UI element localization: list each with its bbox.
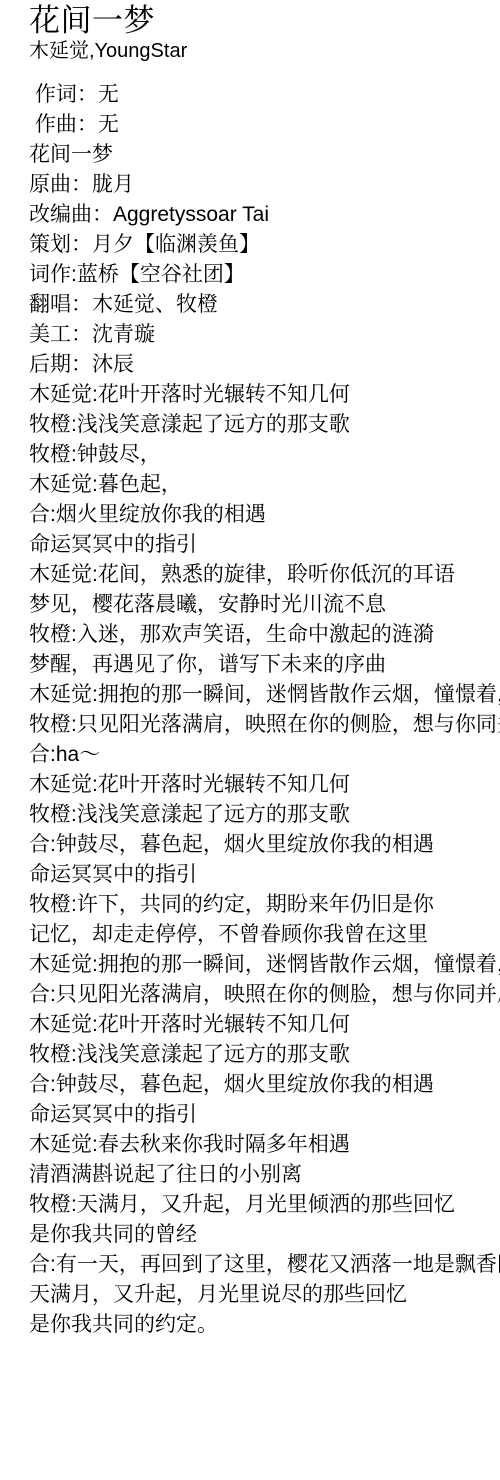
lyric-line: 木延觉:暮色起， — [29, 470, 500, 500]
lyric-line: 木延觉:春去秋来你我时隔多年相遇 — [29, 1130, 500, 1160]
lyric-line: 牧橙:许下，共同的约定，期盼来年仍旧是你 — [29, 890, 500, 920]
lyric-line: 合:有一天，再回到了这里，樱花又洒落一地是飘香四溢 — [29, 1250, 500, 1280]
lyric-line: 木延觉:拥抱的那一瞬间，迷惘皆散作云烟，憧憬着，美好 — [29, 680, 500, 710]
lyric-line: 木延觉:拥抱的那一瞬间，迷惘皆散作云烟，憧憬着，美好 — [29, 950, 500, 980]
lyric-line: 命运冥冥中的指引 — [29, 860, 500, 890]
lyric-line: 清酒满斟说起了往日的小别离 — [29, 1160, 500, 1190]
lyric-line: 牧橙:天满月，又升起，月光里倾洒的那些回忆 — [29, 1190, 500, 1220]
lyric-line: 作词：无 — [29, 80, 500, 110]
lyric-line: 命运冥冥中的指引 — [29, 1100, 500, 1130]
lyric-line: 合:ha～ — [29, 740, 500, 770]
lyric-line: 木延觉:花叶开落时光辗转不知几何 — [29, 380, 500, 410]
lyric-line: 合:钟鼓尽，暮色起，烟火里绽放你我的相遇 — [29, 1070, 500, 1100]
lyric-line: 改编曲：Aggretyssoar Tai — [29, 200, 500, 230]
lyric-line: 词作:蓝桥【空谷社团】 — [29, 260, 500, 290]
lyric-line: 梦醒，再遇见了你，谱写下未来的序曲 — [29, 650, 500, 680]
lyric-line: 合:烟火里绽放你我的相遇 — [29, 500, 500, 530]
lyric-line: 是你我共同的约定。 — [29, 1310, 500, 1340]
lyric-line: 牧橙:钟鼓尽， — [29, 440, 500, 470]
lyric-line: 记忆，却走走停停，不曾眷顾你我曾在这里 — [29, 920, 500, 950]
lyric-line: 翻唱：木延觉、牧橙 — [29, 290, 500, 320]
song-artists: 木延觉,YoungStar — [29, 39, 500, 63]
lyric-line: 美工：沈青璇 — [29, 320, 500, 350]
lyrics-page: 花间一梦 木延觉,YoungStar 作词：无 作曲：无花间一梦原曲：胧月改编曲… — [0, 0, 500, 1340]
lyric-line: 合:钟鼓尽，暮色起，烟火里绽放你我的相遇 — [29, 830, 500, 860]
lyric-line: 原曲：胧月 — [29, 170, 500, 200]
lyric-line: 命运冥冥中的指引 — [29, 530, 500, 560]
lyric-line: 是你我共同的曾经 — [29, 1220, 500, 1250]
lyric-line: 牧橙:入迷，那欢声笑语，生命中激起的涟漪 — [29, 620, 500, 650]
lyric-line: 天满月，又升起，月光里说尽的那些回忆 — [29, 1280, 500, 1310]
lyric-line: 木延觉:花叶开落时光辗转不知几何 — [29, 1010, 500, 1040]
lyric-line: 牧橙:只见阳光落满肩，映照在你的侧脸，想与你同并肩 — [29, 710, 500, 740]
song-title: 花间一梦 — [29, 3, 500, 39]
lyric-line: 牧橙:浅浅笑意漾起了远方的那支歌 — [29, 800, 500, 830]
lyric-line: 牧橙:浅浅笑意漾起了远方的那支歌 — [29, 1040, 500, 1070]
lyric-line: 后期：沐辰 — [29, 350, 500, 380]
lyric-line: 牧橙:浅浅笑意漾起了远方的那支歌 — [29, 410, 500, 440]
lyric-line: 木延觉:花间，熟悉的旋律，聆听你低沉的耳语 — [29, 560, 500, 590]
lyric-line: 木延觉:花叶开落时光辗转不知几何 — [29, 770, 500, 800]
lyric-line: 策划：月夕【临渊羡鱼】 — [29, 230, 500, 260]
lyric-line: 合:只见阳光落满肩，映照在你的侧脸，想与你同并肩 — [29, 980, 500, 1010]
lyric-line: 花间一梦 — [29, 140, 500, 170]
lyric-line: 梦见，樱花落晨曦，安静时光川流不息 — [29, 590, 500, 620]
lyrics-body: 作词：无 作曲：无花间一梦原曲：胧月改编曲：Aggretyssoar Tai策划… — [29, 80, 500, 1340]
lyric-line: 作曲：无 — [29, 110, 500, 140]
